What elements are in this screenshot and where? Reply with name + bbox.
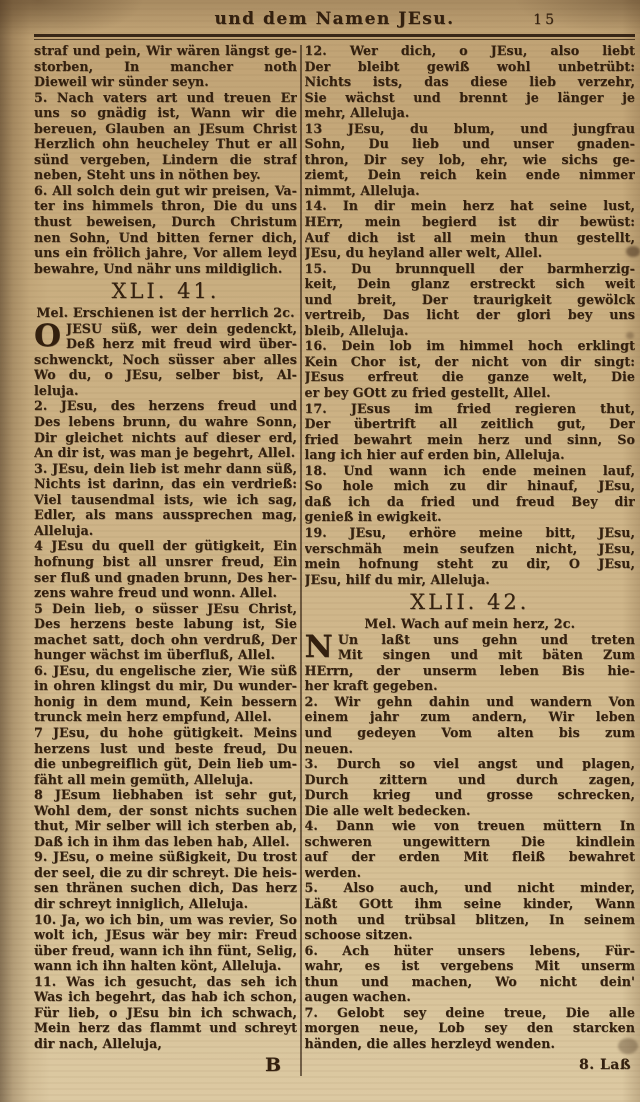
text-line: straf und pein, Wir wären längst ge- (34, 43, 297, 59)
text-line: JESU süß, wer dein gedenckt, (66, 321, 297, 337)
text-line: thust beweisen, Durch Christum dei- (34, 214, 297, 230)
text-line: thun und machen, Wo nicht dein' (305, 974, 636, 990)
hymn-number-heading: XLII. 42. (305, 589, 636, 615)
text-line: 15. Du brunnquell der barmherzig- (305, 261, 636, 277)
text-line: zens wahre freud und wonn. Allel. (34, 585, 297, 601)
text-line: auf der erden Mit fleiß bewahret (305, 849, 636, 865)
text-line: 16. Dein lob im himmel hoch erklingt (305, 338, 636, 354)
text-line: Nichts ists, das diese lieb verzehr, (305, 74, 636, 90)
text-line: An dir ist, was man je begehrt, Allel. (34, 445, 297, 461)
verse-block: 3. Durch so viel angst und plagen,Durch … (305, 756, 636, 818)
text-line: noth und trübsal blitzen, In seinem (305, 912, 636, 928)
verse-block: 10. Ja, wo ich bin, um was revier, Sowol… (34, 912, 297, 974)
text-line: leluja. (34, 383, 297, 399)
text-line: und breit, Der traurigkeit gewölck (305, 292, 636, 308)
right-column: 12. Wer dich, o JEsu, also liebtDer blei… (305, 43, 636, 1076)
text-line: nen Sohn, Und bitten ferner dich, Gib (34, 230, 297, 246)
text-line: Viel tausendmal ists, wie ich sag, (34, 492, 297, 508)
text-line: 9. JEsu, o meine süßigkeit, Du trost (34, 849, 297, 865)
text-line: Sie wächst und brennt je länger je (305, 90, 636, 106)
text-line: 18. Und wann ich ende meinen lauf, (305, 463, 636, 479)
text-line: Un laßt uns gehn und treten (338, 632, 635, 648)
text-line: lang ich hier auf erden bin, Alleluja. (305, 447, 636, 463)
verse-block: 4. Dann wie von treuen müttern Inschwere… (305, 818, 636, 880)
verse-block: 14. In dir mein herz hat seine lust,HErr… (305, 198, 636, 260)
text-line: 5. Nach vaters art und treuen Er (34, 90, 297, 106)
text-line: hofnung bist all unsrer freud, Ein süs- (34, 554, 297, 570)
text-line: 7. Gelobt sey deine treue, Die alle (305, 1005, 636, 1021)
page-content: und dem Namen JEsu. 15 straf und pein, W… (34, 6, 635, 1076)
text-line: 6. All solch dein gut wir preisen, Va- (34, 183, 297, 199)
header-rule (34, 34, 635, 40)
page-number: 15 (533, 12, 557, 28)
text-line: bleib, Alleluja. (305, 323, 636, 339)
verse-block: 7. Gelobt sey deine treue, Die allemorge… (305, 1005, 636, 1052)
column-divider (300, 45, 302, 1076)
text-line: Edler, als mans aussprechen mag, (34, 507, 297, 523)
drop-cap: O (34, 323, 61, 350)
verse-block: 2. JEsu, des herzens freud und wonn,Des … (34, 398, 297, 460)
text-line: So hole mich zu dir hinauf, JEsu, (305, 478, 636, 494)
text-line: in ohren klingst du mir, Du wunder- (34, 678, 297, 694)
hymn-number-heading: XLI. 41. (34, 278, 297, 304)
text-line: mehr, Alleluja. (305, 105, 636, 121)
catchword: 8. Laß (305, 1054, 636, 1076)
text-line: her kraft gegeben. (305, 678, 636, 694)
verse-block: 13 JEsu, du blum, und jungfrauSohn, Du l… (305, 121, 636, 199)
text-line: Auf dich ist all mein thun gestellt, (305, 230, 636, 246)
verse-block: 6. All solch dein gut wir preisen, Va-te… (34, 183, 297, 276)
text-line: ser fluß und gnaden brunn, Des her- (34, 570, 297, 586)
text-columns: straf und pein, Wir wären längst ge-stor… (34, 43, 635, 1076)
verse-block: 15. Du brunnquell der barmherzig-keit, D… (305, 261, 636, 339)
text-line: machet satt, doch ohn verdruß, Der (34, 632, 297, 648)
verse-block: 6. JEsu, du engelische zier, Wie süßin o… (34, 663, 297, 725)
text-line: wolt ich, JEsus wär bey mir: Freud (34, 927, 297, 943)
text-line: 7 JEsu, du hohe gütigkeit. Meins (34, 725, 297, 741)
verse-block: 9. JEsu, o meine süßigkeit, Du trostder … (34, 849, 297, 911)
text-line: Durch krieg und grosse schrecken, (305, 787, 636, 803)
text-line: genieß in ewigkeit. (305, 509, 636, 525)
text-line: Deß herz mit freud wird über- (66, 336, 297, 352)
text-line: 10. Ja, wo ich bin, um was revier, So (34, 912, 297, 928)
text-line: herzens lust und beste freud, Du bist (34, 741, 297, 757)
text-line: neuen. (305, 741, 636, 757)
melody-line: Mel. Wach auf mein herz, 2c. (305, 616, 636, 632)
text-line: Nichts ist darinn, das ein verdrieß: (34, 476, 297, 492)
text-line: daß ich da fried und freud Bey dir (305, 494, 636, 510)
text-line: 5. Also auch, und nicht minder, (305, 880, 636, 896)
text-line: und gedeyen Vom alten bis zum (305, 725, 636, 741)
text-line: schweren ungewittern Die kindlein (305, 834, 636, 850)
text-line: augen wachen. (305, 989, 636, 1005)
verse-block: 16. Dein lob im himmel hoch erklingtKein… (305, 338, 636, 400)
verse-block: 5. Nach vaters art und treuen Eruns so g… (34, 90, 297, 183)
text-line: 13 JEsu, du blum, und jungfrau (305, 121, 636, 137)
text-line: 3. JEsu, dein lieb ist mehr dann süß, (34, 461, 297, 477)
text-line: die unbegreiflich güt, Dein lieb um- (34, 756, 297, 772)
text-line: Läßt GOtt ihm seine kinder, Wann (305, 896, 636, 912)
text-line: Mein herz das flammt und schreyt (34, 1020, 297, 1036)
text-line: Der bleibt gewiß wohl unbetrübt: (305, 59, 636, 75)
text-line: fäht all mein gemüth, Alleluja. (34, 772, 297, 788)
verse-block: 8 JEsum liebhaben ist sehr gut,Wohl dem,… (34, 787, 297, 849)
scanned-hymnal-page: und dem Namen JEsu. 15 straf und pein, W… (0, 0, 640, 1102)
text-line: bereuen, Glauben an JEsum Christ (34, 121, 297, 137)
text-line: Alleluja. (34, 523, 297, 539)
verse-block: 11. Was ich gesucht, das seh ich nun,Was… (34, 974, 297, 1052)
signature-mark: B (34, 1054, 297, 1076)
text-line: ter ins himmels thron, Die du uns (34, 198, 297, 214)
verse-block: 12. Wer dich, o JEsu, also liebtDer blei… (305, 43, 636, 121)
text-line: Wo du, o JEsu, selber bist, Al- (34, 367, 297, 383)
text-line: Mit singen und mit bäten Zum (338, 647, 635, 663)
text-line: händen, die alles herzleyd wenden. (305, 1036, 636, 1052)
text-line: wann ich ihn halten könt, Alleluja. (34, 958, 297, 974)
text-line: schwenckt, Noch süsser aber alles ist, (34, 352, 297, 368)
text-line: vertreib, Das licht der glori bey uns (305, 307, 636, 323)
text-line: Des lebens brunn, du wahre Sonn, (34, 414, 297, 430)
verse-block: 5 Dein lieb, o süsser JEsu Christ,Des he… (34, 601, 297, 663)
text-line: 14. In dir mein herz hat seine lust, (305, 198, 636, 214)
text-line: Des herzens beste labung ist, Sie (34, 616, 297, 632)
text-line: neben, Steht uns in nöthen bey. (34, 167, 297, 183)
text-line: er bey GOtt zu fried gestellt, Allel. (305, 385, 636, 401)
text-line: schoose sitzen. (305, 927, 636, 943)
text-line: uns ein frölich jahre, Vor allem leyd (34, 245, 297, 261)
verse-block: 5. Also auch, und nicht minder,Läßt GOtt… (305, 880, 636, 942)
text-line: Was ich begehrt, das hab ich schon, (34, 989, 297, 1005)
text-line: trunck mein herz empfund, Allel. (34, 709, 297, 725)
text-line: Sohn, Du lieb und unser gnaden- (305, 136, 636, 152)
text-line: 2. JEsu, des herzens freud und wonn, (34, 398, 297, 414)
text-line: Dir gleichet nichts auf dieser erd, (34, 430, 297, 446)
text-line: morgen neue, Lob sey den starcken (305, 1020, 636, 1036)
text-line: 12. Wer dich, o JEsu, also liebt (305, 43, 636, 59)
verse-block: 4 JEsu du quell der gütigkeit, Einhofnun… (34, 538, 297, 600)
text-line: bewahre, Und nähr uns mildiglich. (34, 261, 297, 277)
text-line: dir nach, Alleluja, (34, 1036, 297, 1052)
text-line: werden. (305, 865, 636, 881)
text-line: Für lieb, o JEsu bin ich schwach, (34, 1005, 297, 1021)
text-line: ziemt, Dein reich kein ende nimmer (305, 167, 636, 183)
text-line: Durch zittern und durch zagen, (305, 772, 636, 788)
text-line: über freud, wann ich ihn fünt, Selig, (34, 943, 297, 959)
text-line: honig in dem mund, Kein bessern (34, 694, 297, 710)
verse-block: 3. JEsu, dein lieb ist mehr dann süß,Nic… (34, 461, 297, 539)
text-line: 4 JEsu du quell der gütigkeit, Ein (34, 538, 297, 554)
text-line: der seel, die zu dir schreyt. Die heis- (34, 865, 297, 881)
verse-block: 19. JEsu, erhöre meine bitt, JEsu,versch… (305, 525, 636, 587)
text-line: Daß ich in ihm das leben hab, Allel. (34, 834, 297, 850)
text-line: HErr, mein begierd ist dir bewüst: (305, 214, 636, 230)
text-line: 5 Dein lieb, o süsser JEsu Christ, (34, 601, 297, 617)
running-header: und dem Namen JEsu. 15 (34, 6, 635, 33)
verse-block: straf und pein, Wir wären längst ge-stor… (34, 43, 297, 90)
text-line: 4. Dann wie von treuen müttern In (305, 818, 636, 834)
text-line: hunger wächst im überfluß, Allel. (34, 647, 297, 663)
text-line: JEsu, hilf du mir, Alleluja. (305, 572, 636, 588)
text-line: Wohl dem, der sonst nichts suchen (34, 803, 297, 819)
text-line: storben, In mancher noth verdorben, (34, 59, 297, 75)
left-column: straf und pein, Wir wären längst ge-stor… (34, 43, 297, 1076)
text-line: Die alle welt bedecken. (305, 803, 636, 819)
text-line: HErrn, der unserm leben Bis hie- (305, 663, 636, 679)
text-line: 6. JEsu, du engelische zier, Wie süß (34, 663, 297, 679)
text-line: nimmt, Alleluja. (305, 183, 636, 199)
text-line: einem jahr zum andern, Wir leben (305, 709, 636, 725)
melody-line: Mel. Erschienen ist der herrlich 2c. (34, 305, 297, 321)
text-line: thron, Dir sey lob, ehr, wie sichs ge- (305, 152, 636, 168)
verse-block: NUn laßt uns gehn und tretenMit singen u… (305, 632, 636, 694)
verse-block: OJESU süß, wer dein gedenckt,Deß herz mi… (34, 321, 297, 399)
text-line: 2. Wir gehn dahin und wandern Von (305, 694, 636, 710)
text-line: JEsus erfreut die ganze welt, Die (305, 369, 636, 385)
text-line: fried bewahrt mein herz und sinn, So (305, 432, 636, 448)
text-line: 8 JEsum liebhaben ist sehr gut, (34, 787, 297, 803)
text-line: Der übertrift all zeitlich gut, Der (305, 416, 636, 432)
text-line: 19. JEsu, erhöre meine bitt, JEsu, (305, 525, 636, 541)
verse-block: 17. JEsus im fried regieren thut,Der übe… (305, 401, 636, 463)
text-line: 3. Durch so viel angst und plagen, (305, 756, 636, 772)
text-line: Herzlich ohn heucheley Thut er all (34, 136, 297, 152)
text-line: Dieweil wir sünder seyn. (34, 74, 297, 90)
text-line: uns so gnädig ist, Wann wir die sünd (34, 105, 297, 121)
text-line: JEsu, du heyland aller welt, Allel. (305, 245, 636, 261)
text-line: wahr, es ist vergebens Mit unserm (305, 958, 636, 974)
text-line: keit, Dein glanz erstreckt sich weit (305, 276, 636, 292)
verse-block: 18. Und wann ich ende meinen lauf,So hol… (305, 463, 636, 525)
text-line: sen thränen suchen dich, Das herz zu (34, 880, 297, 896)
text-line: verschmäh mein seufzen nicht, JEsu, (305, 541, 636, 557)
text-line: dir schreyt inniglich, Alleluja. (34, 896, 297, 912)
verse-block: 7 JEsu, du hohe gütigkeit. Meinsherzens … (34, 725, 297, 787)
verse-block: 6. Ach hüter unsers lebens, Für-wahr, es… (305, 943, 636, 1005)
text-line: sünd vergeben, Lindern die straf dar- (34, 152, 297, 168)
verse-block: 2. Wir gehn dahin und wandern Voneinem j… (305, 694, 636, 756)
text-line: thut, Mir selber will ich sterben ab, (34, 818, 297, 834)
drop-cap: N (305, 634, 333, 661)
text-line: mein hofnung steht zu dir, O JEsu, (305, 556, 636, 572)
text-line: 6. Ach hüter unsers lebens, Für- (305, 943, 636, 959)
text-line: 17. JEsus im fried regieren thut, (305, 401, 636, 417)
text-line: Kein Chor ist, der nicht von dir singt: (305, 354, 636, 370)
text-line: 11. Was ich gesucht, das seh ich nun, (34, 974, 297, 990)
